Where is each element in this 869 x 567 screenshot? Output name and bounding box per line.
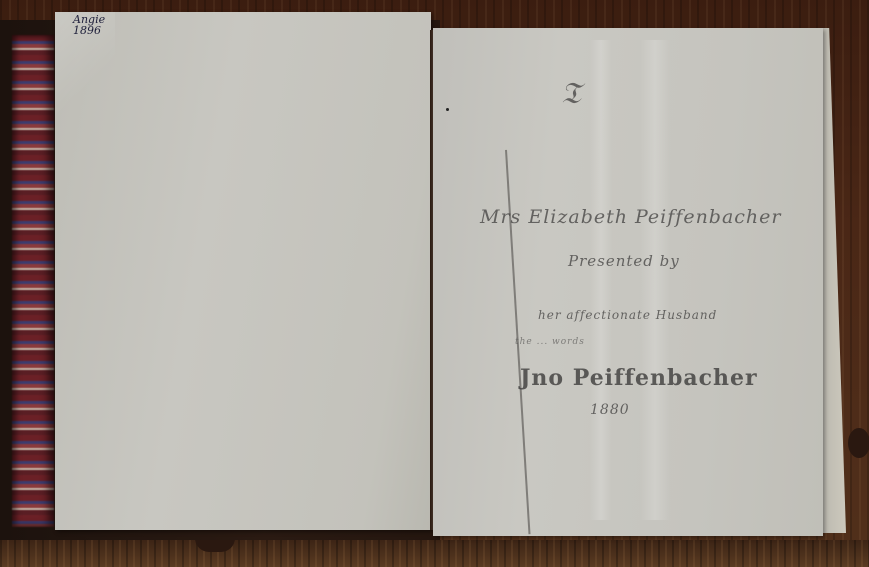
presented-by-text: Presented by: [568, 252, 680, 270]
light-streak: [590, 40, 612, 520]
left-flyleaf-page: [55, 12, 431, 530]
relation-text: her affectionate Husband: [538, 308, 717, 322]
pencil-note: Angie 1896: [73, 14, 105, 36]
pencil-note-year: 1896: [73, 25, 105, 36]
table-edge: [0, 540, 869, 567]
wood-knot: [848, 428, 869, 458]
right-inscription-page: [433, 28, 823, 536]
faint-text: the ... words: [515, 337, 585, 347]
marbled-spine: [12, 35, 54, 527]
calligraphic-flourish: 𝔗: [561, 76, 582, 111]
light-streak: [640, 40, 670, 520]
recipient-name: Mrs Elizabeth Peiffenbacher: [480, 206, 782, 228]
inscription-year: 1880: [590, 402, 630, 418]
giver-name: Jno Peiffenbacher: [520, 365, 758, 391]
ink-speck: [446, 108, 449, 111]
